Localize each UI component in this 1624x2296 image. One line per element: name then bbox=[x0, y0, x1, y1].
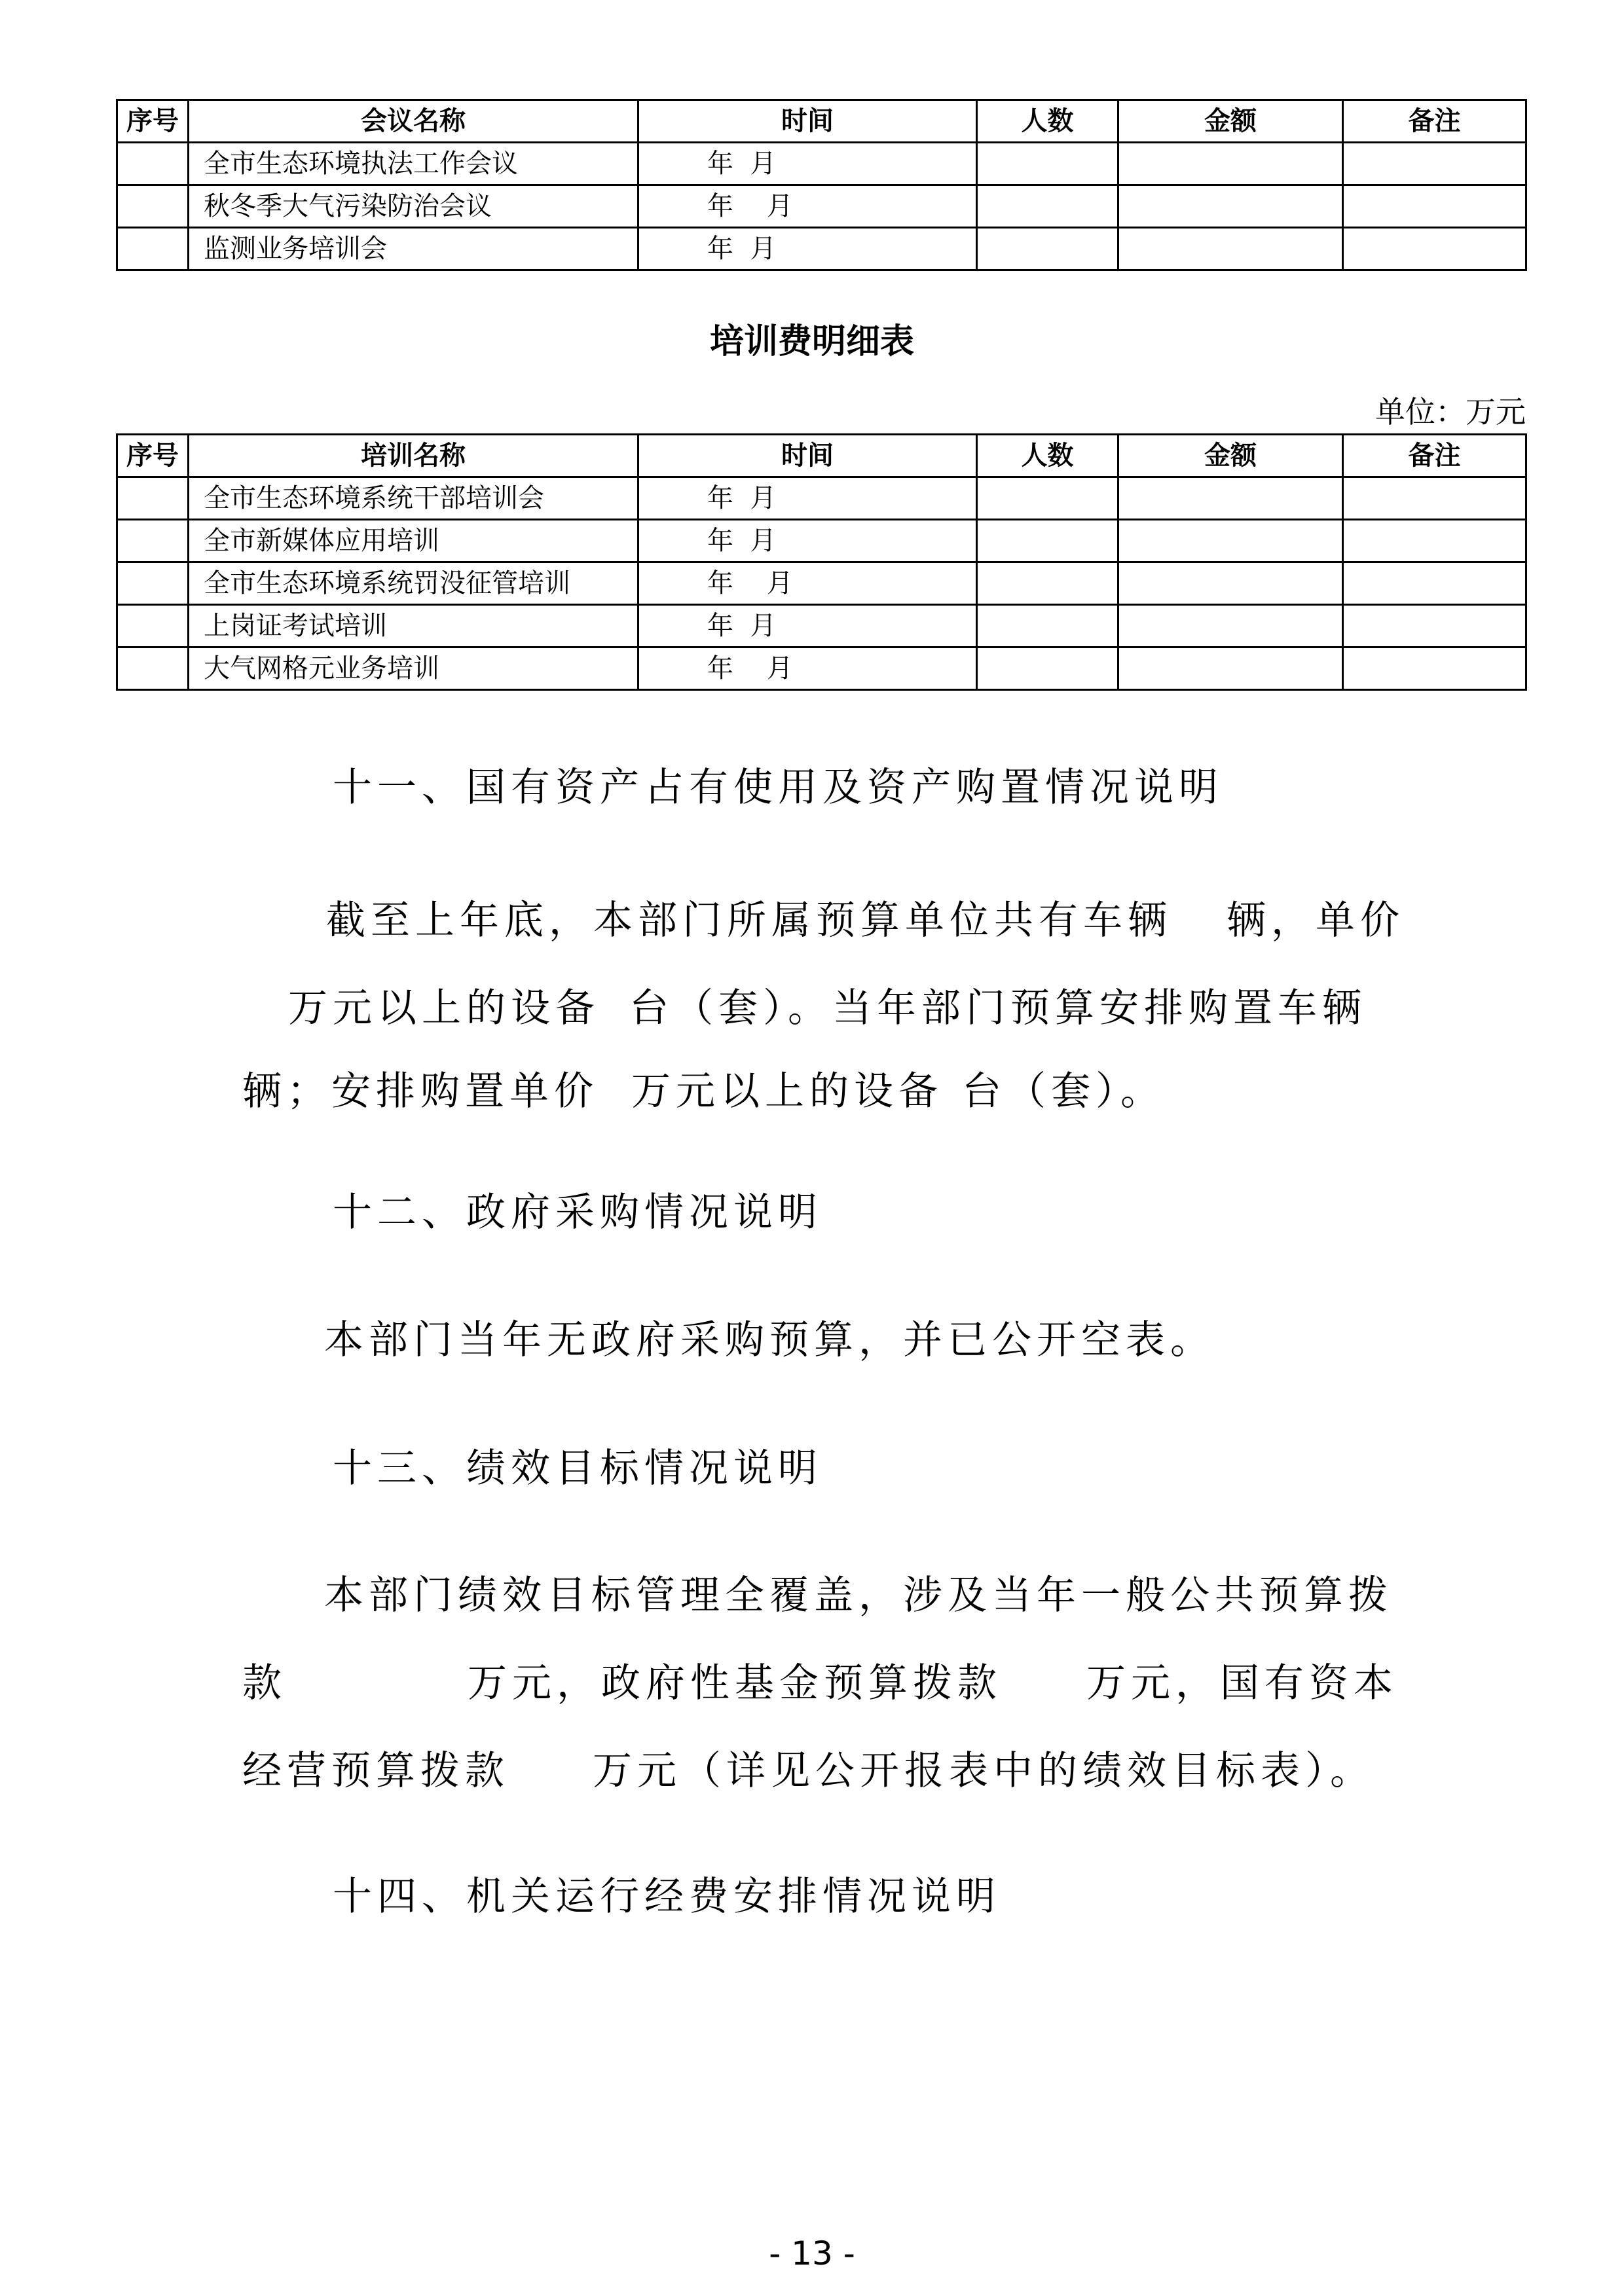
cell-name: 全市新媒体应用培训 bbox=[189, 520, 638, 562]
cell-amount bbox=[1118, 562, 1343, 605]
cell-no bbox=[117, 228, 189, 270]
table-row: 全市生态环境系统罚没征管培训 年 月 bbox=[117, 562, 1526, 605]
header-name: 会议名称 bbox=[189, 100, 638, 143]
cell-note bbox=[1343, 228, 1526, 270]
cell-time: 年 月 bbox=[638, 562, 977, 605]
section-11-text: 辆，单价 bbox=[1227, 899, 1405, 942]
cell-note bbox=[1343, 605, 1526, 647]
section-12-text: 本部门当年无政府采购预算，并已公开空表。 bbox=[324, 1319, 1215, 1362]
table-row: 秋冬季大气污染防治会议 年 月 bbox=[117, 185, 1526, 228]
header-time: 时间 bbox=[638, 435, 977, 477]
section-11-text: 台（套）。当年部门预算安排购置车辆 bbox=[629, 987, 1367, 1030]
cell-time: 年 月 bbox=[638, 228, 977, 270]
header-time: 时间 bbox=[638, 100, 977, 143]
cell-name: 上岗证考试培训 bbox=[189, 605, 638, 647]
cell-time: 年 月 bbox=[638, 520, 977, 562]
training-table-title: 培训费明细表 bbox=[0, 323, 1624, 360]
section-13-text: 经营预算拨款 bbox=[242, 1749, 509, 1793]
header-note: 备注 bbox=[1343, 100, 1526, 143]
cell-people bbox=[977, 143, 1118, 185]
cell-amount bbox=[1118, 228, 1343, 270]
section-14-heading: 十四、机关运行经费安排情况说明 bbox=[333, 1875, 1001, 1918]
cell-name: 监测业务培训会 bbox=[189, 228, 638, 270]
header-people: 人数 bbox=[977, 100, 1118, 143]
section-13-text: 万元，国有资本 bbox=[1086, 1662, 1398, 1705]
cell-no bbox=[117, 605, 189, 647]
cell-note bbox=[1343, 647, 1526, 690]
cell-note bbox=[1343, 477, 1526, 520]
section-13-text: 万元，政府性基金预算拨款 bbox=[468, 1662, 1002, 1705]
header-amount: 金额 bbox=[1118, 100, 1343, 143]
section-11-heading: 十一、国有资产占有使用及资产购置情况说明 bbox=[333, 766, 1223, 809]
section-13-heading: 十三、绩效目标情况说明 bbox=[333, 1447, 822, 1490]
training-expense-table: 序号 培训名称 时间 人数 金额 备注 全市生态环境系统干部培训会 年 月 全市… bbox=[116, 433, 1527, 691]
cell-note bbox=[1343, 520, 1526, 562]
table-row: 监测业务培训会 年 月 bbox=[117, 228, 1526, 270]
header-note: 备注 bbox=[1343, 435, 1526, 477]
cell-people bbox=[977, 562, 1118, 605]
header-amount: 金额 bbox=[1118, 435, 1343, 477]
section-11-text: 截至上年底，本部门所属预算单位共有车辆 bbox=[326, 899, 1172, 942]
cell-people bbox=[977, 647, 1118, 690]
cell-time: 年 月 bbox=[638, 185, 977, 228]
cell-people bbox=[977, 477, 1118, 520]
cell-no bbox=[117, 562, 189, 605]
table-header-row: 序号 培训名称 时间 人数 金额 备注 bbox=[117, 435, 1526, 477]
cell-no bbox=[117, 185, 189, 228]
header-people: 人数 bbox=[977, 435, 1118, 477]
cell-name: 全市生态环境执法工作会议 bbox=[189, 143, 638, 185]
cell-time: 年 月 bbox=[638, 143, 977, 185]
cell-people bbox=[977, 520, 1118, 562]
cell-people bbox=[977, 228, 1118, 270]
section-11-text: 辆；安排购置单价 bbox=[242, 1070, 599, 1113]
cell-amount bbox=[1118, 520, 1343, 562]
cell-time: 年 月 bbox=[638, 477, 977, 520]
table-header-row: 序号 会议名称 时间 人数 金额 备注 bbox=[117, 100, 1526, 143]
cell-time: 年 月 bbox=[638, 605, 977, 647]
section-12-heading: 十二、政府采购情况说明 bbox=[333, 1191, 822, 1234]
table-row: 上岗证考试培训 年 月 bbox=[117, 605, 1526, 647]
section-13-text: 款 bbox=[242, 1662, 287, 1705]
table-row: 大气网格元业务培训 年 月 bbox=[117, 647, 1526, 690]
header-name: 培训名称 bbox=[189, 435, 638, 477]
cell-note bbox=[1343, 562, 1526, 605]
cell-no bbox=[117, 143, 189, 185]
page-number: - 13 - bbox=[0, 2235, 1624, 2272]
cell-time: 年 月 bbox=[638, 647, 977, 690]
cell-amount bbox=[1118, 605, 1343, 647]
cell-no bbox=[117, 520, 189, 562]
cell-no bbox=[117, 647, 189, 690]
cell-amount bbox=[1118, 143, 1343, 185]
cell-name: 全市生态环境系统干部培训会 bbox=[189, 477, 638, 520]
section-11-text: 台（套）。 bbox=[962, 1070, 1165, 1113]
cell-amount bbox=[1118, 477, 1343, 520]
cell-people bbox=[977, 185, 1118, 228]
cell-note bbox=[1343, 143, 1526, 185]
cell-no bbox=[117, 477, 189, 520]
cell-name: 大气网格元业务培训 bbox=[189, 647, 638, 690]
section-11-text: 万元以上的设备 bbox=[631, 1070, 943, 1113]
section-11-text: 万元以上的设备 bbox=[288, 987, 600, 1030]
cell-note bbox=[1343, 185, 1526, 228]
section-13-text: 万元（详见公开报表中的绩效目标表）。 bbox=[593, 1749, 1375, 1793]
table-row: 全市生态环境执法工作会议 年 月 bbox=[117, 143, 1526, 185]
table-row: 全市生态环境系统干部培训会 年 月 bbox=[117, 477, 1526, 520]
cell-people bbox=[977, 605, 1118, 647]
cell-amount bbox=[1118, 647, 1343, 690]
unit-label: 单位：万元 bbox=[1349, 395, 1526, 429]
header-no: 序号 bbox=[117, 435, 189, 477]
meeting-expense-table: 序号 会议名称 时间 人数 金额 备注 全市生态环境执法工作会议 年 月 秋冬季… bbox=[116, 99, 1527, 271]
cell-name: 秋冬季大气污染防治会议 bbox=[189, 185, 638, 228]
header-no: 序号 bbox=[117, 100, 189, 143]
cell-amount bbox=[1118, 185, 1343, 228]
table-row: 全市新媒体应用培训 年 月 bbox=[117, 520, 1526, 562]
cell-name: 全市生态环境系统罚没征管培训 bbox=[189, 562, 638, 605]
section-13-text: 本部门绩效目标管理全覆盖，涉及当年一般公共预算拨 bbox=[324, 1574, 1393, 1617]
